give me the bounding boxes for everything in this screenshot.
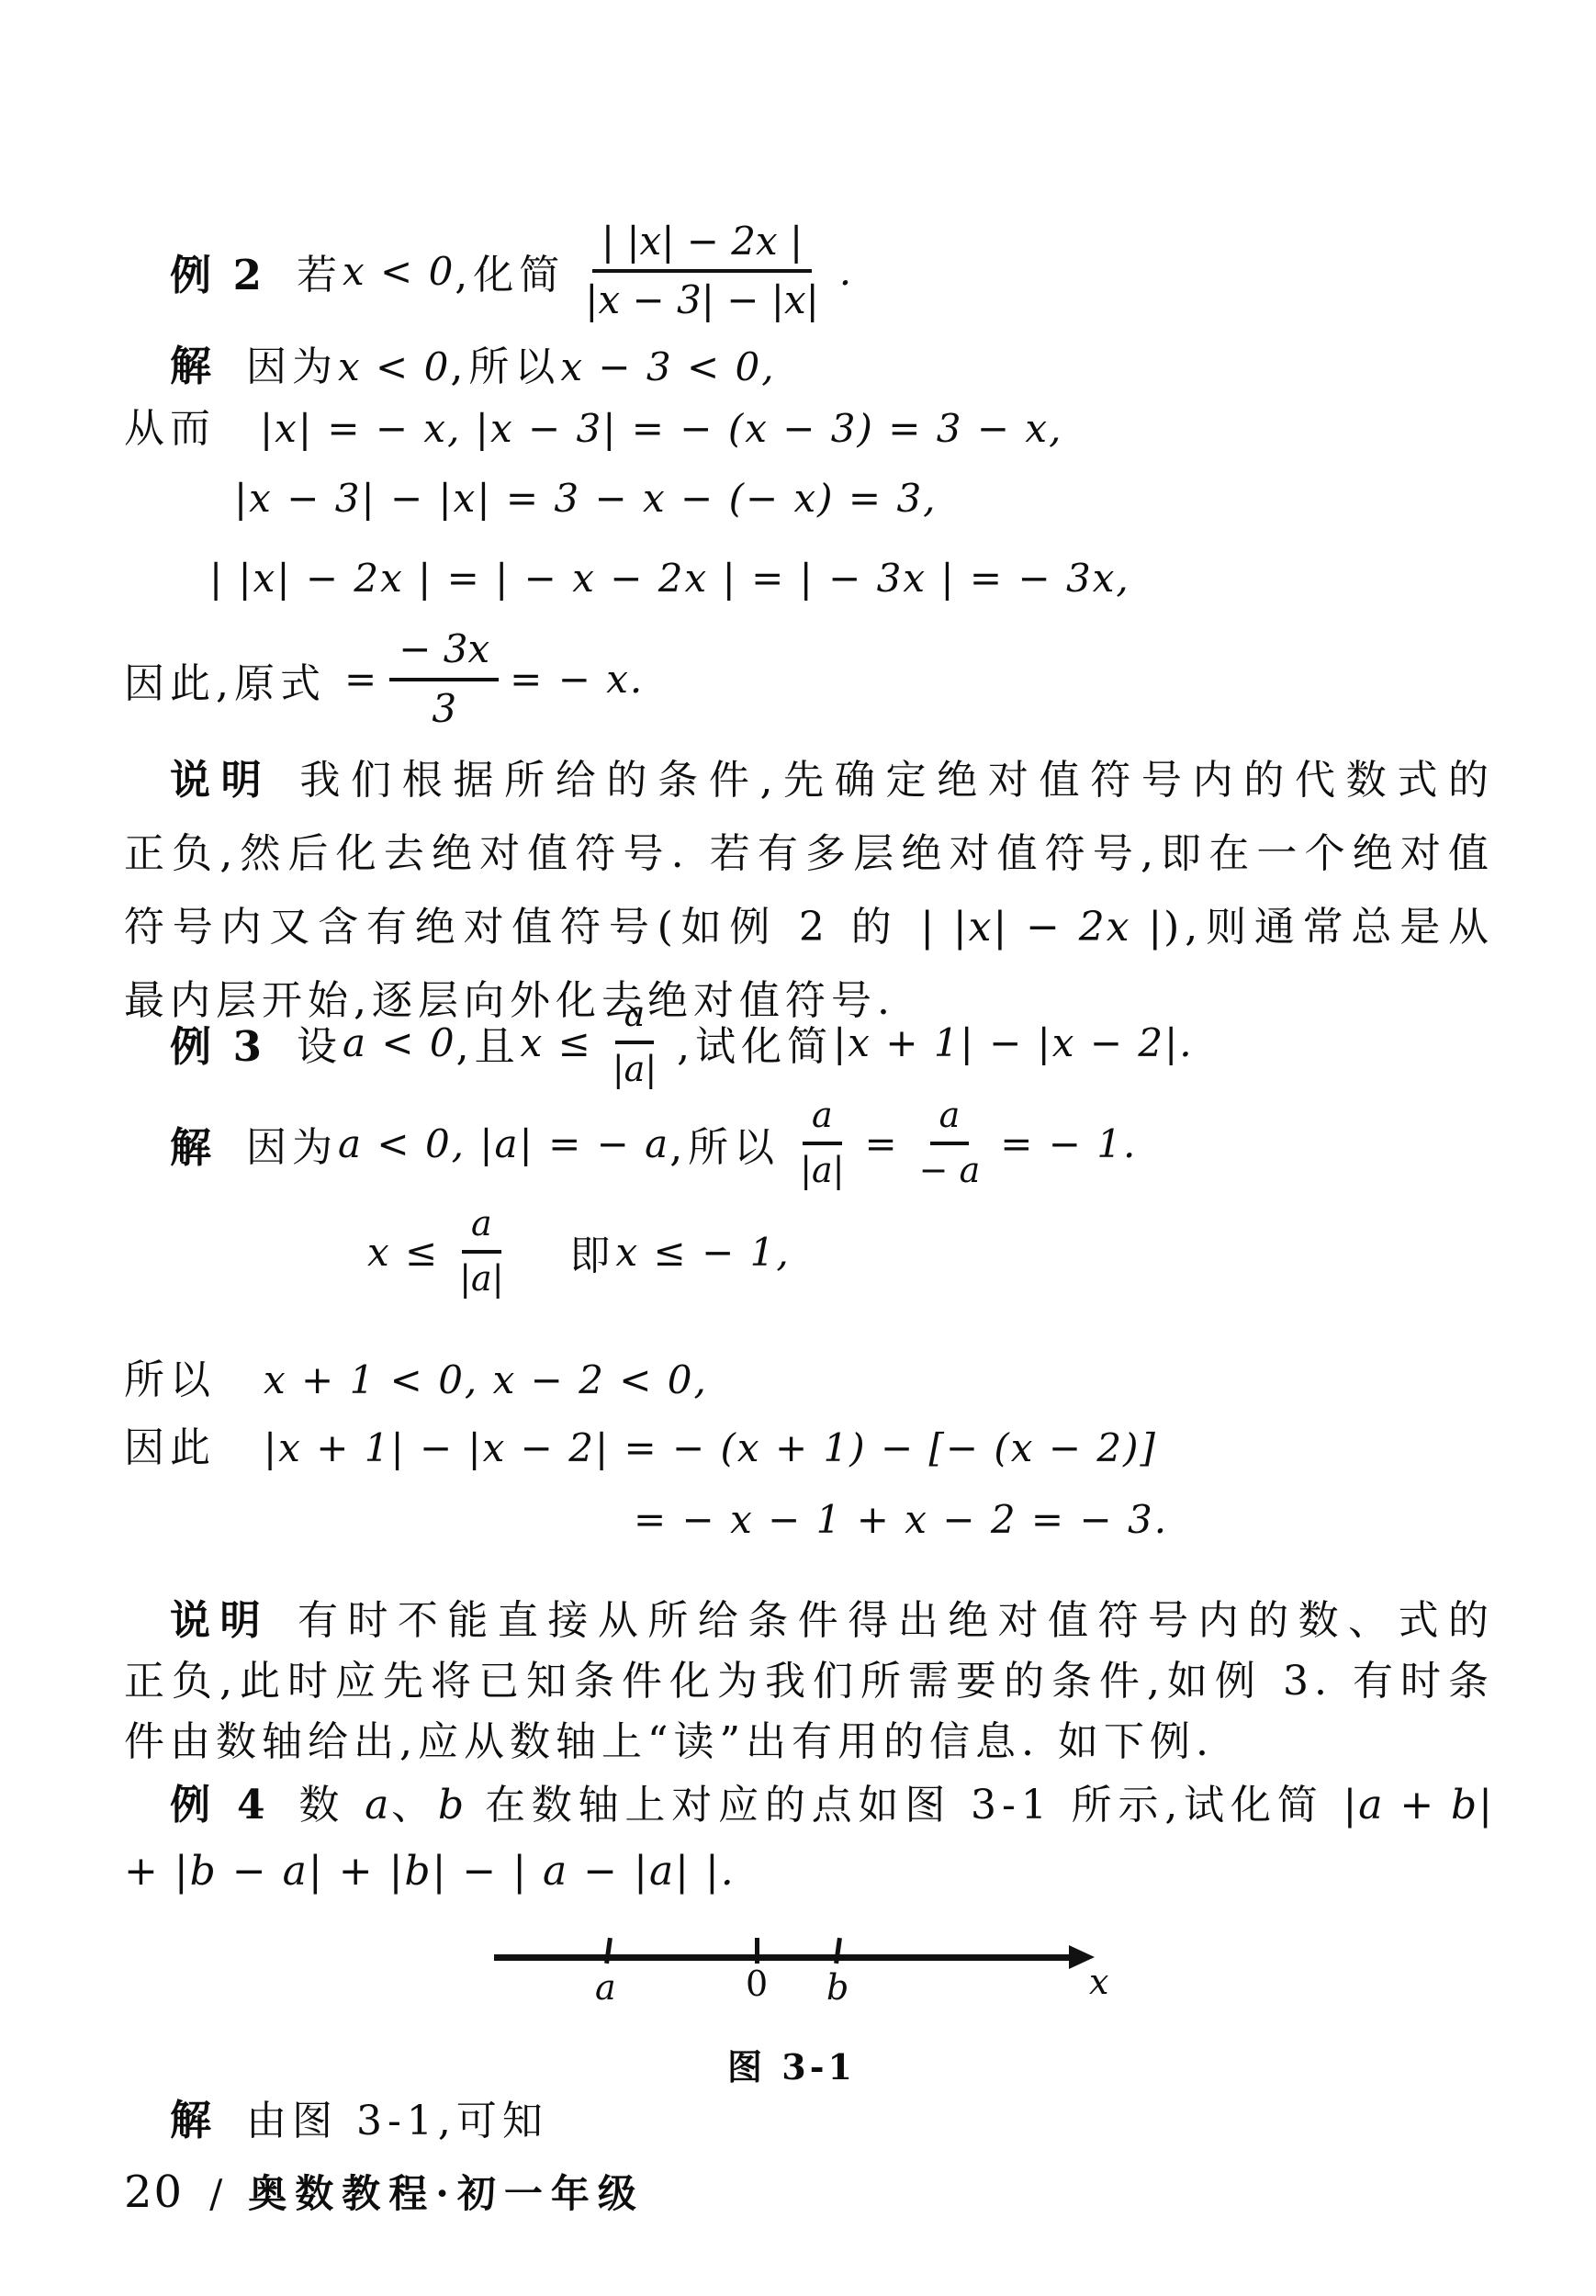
a-over-abs-a-fraction: a |a| <box>450 1204 512 1300</box>
fraction-numerator: − 3x <box>389 627 499 681</box>
note-line: 件由数轴给出,应从数轴上“读”出有用的信息. 如下例. <box>124 1712 1494 1773</box>
inline-math: |a + b| <box>1343 1782 1494 1829</box>
equation-tail: = − x. <box>510 657 644 702</box>
solution-label: 解 <box>170 1114 215 1174</box>
a-over-neg-a-fraction: a − a <box>910 1096 990 1191</box>
note-paragraph-2: 说明有时不能直接从所给条件得出绝对值符号内的数、式的 正负,此时应先将已知条件化… <box>124 1591 1494 1773</box>
example4-solution-line: 解 由图 3-1,可知 <box>170 2087 548 2146</box>
note-line: 正负,然后化去绝对值符号. 若有多层绝对值符号,即在一个绝对值 <box>124 817 1494 891</box>
page-footer: 20 / 奥数教程·初一年级 <box>124 2164 645 2219</box>
fraction-denominator: |a| <box>791 1145 853 1191</box>
step-text: 即 <box>570 1222 616 1281</box>
axis-line <box>494 1954 1073 1961</box>
fraction-numerator: a <box>930 1096 970 1145</box>
connector-text: 所以 <box>124 1346 216 1405</box>
fraction-numerator: | |x| − 2x | <box>592 219 812 273</box>
example2-label: 例 2 <box>170 242 265 301</box>
solution-label: 解 <box>170 332 215 392</box>
solution-math: x < 0 <box>338 344 450 389</box>
note-text: 正负,此时应先将已知条件化为我们所需要的条件,如例 3. 有时条 <box>124 1658 1494 1705</box>
heading-period: . <box>1179 1020 1193 1065</box>
example2-fraction: | |x| − 2x | |x − 3| − |x| <box>576 219 827 322</box>
example3-label: 例 3 <box>170 1013 265 1073</box>
footer-separator: / <box>209 2171 222 2216</box>
note-text: 正负,然后化去绝对值符号. 若有多层绝对值符号,即在一个绝对值 <box>124 830 1494 877</box>
fraction-denominator: |a| <box>450 1254 512 1300</box>
step-math: x ≤ − 1, <box>616 1230 791 1275</box>
fraction-denominator: − a <box>910 1145 990 1191</box>
tick-label-zero: 0 <box>746 1964 768 2004</box>
derivation-line-3: | |x| − 2x | = | − x − 2x | = | − 3x | =… <box>209 556 1130 601</box>
derivation-line-2: |x − 3| − |x| = 3 − x − (− x) = 3, <box>234 476 938 521</box>
result-fraction: − 3x 3 <box>389 627 499 730</box>
example3-thus-line: 因此 |x + 1| − |x − 2| = − (x + 1) − [− (x… <box>124 1414 1157 1473</box>
example2-heading: 例 2 若 x < 0 ,化简 | |x| − 2x | |x − 3| − |… <box>170 207 853 335</box>
equation-tail: = − 1. <box>1000 1121 1137 1166</box>
figure-number-line: a 0 b x <box>494 1929 1118 2016</box>
example3-solution-line: 解 因为 a < 0, |a| = − a ,所以 a |a| = a − a … <box>170 1082 1137 1205</box>
example4-text: 、 <box>390 1782 438 1829</box>
conclusion-text: 因此,原式 <box>124 650 326 709</box>
solution-text: ,所以 <box>669 1114 780 1173</box>
note-line: 正负,此时应先将已知条件化为我们所需要的条件,如例 3. 有时条 <box>124 1651 1494 1712</box>
example2-result-line: 因此,原式 = − 3x 3 = − x. <box>124 617 644 741</box>
step-math: x ≤ <box>367 1230 439 1275</box>
fraction-numerator: a <box>615 995 655 1044</box>
heading-math: |x + 1| − |x − 2| <box>833 1020 1179 1065</box>
example4-paragraph: 例 4数 a、b 在数轴上对应的点如图 3-1 所示,试化简 |a + b| +… <box>124 1773 1494 1905</box>
connector-text: 从而 <box>124 395 216 454</box>
example4-label: 例 4 <box>170 1782 271 1829</box>
equation: |x + 1| − |x − 2| = − (x + 1) − [− (x − … <box>264 1425 1157 1470</box>
note-text: 有时不能直接从所给条件得出绝对值符号内的数、式的 <box>298 1597 1494 1644</box>
fraction-numerator: a <box>803 1096 842 1145</box>
note-label: 说明 <box>170 757 272 804</box>
example4-text: 在数轴上对应的点如图 3-1 所示,试化简 <box>466 1782 1343 1829</box>
example4-text: 数 <box>298 1782 365 1829</box>
equation: |x| = − x, |x − 3| = − (x − 3) = 3 − x, <box>260 406 1062 451</box>
example4-line-2: + |b − a| + |b| − | a − |a| |. <box>124 1839 1494 1905</box>
solution-text: 由图 3-1,可知 <box>246 2088 548 2146</box>
example2-period: . <box>839 249 853 294</box>
example3-so-line: 所以 x + 1 < 0, x − 2 < 0, <box>124 1346 708 1405</box>
note-label: 说明 <box>170 1597 270 1644</box>
equation: x + 1 < 0, x − 2 < 0, <box>264 1357 708 1402</box>
solution-text: ,所以 <box>450 333 560 392</box>
note-text: 我们根据所给的条件,先确定绝对值符号内的代数式的 <box>299 757 1494 804</box>
equation: | |x| − 2x | = | − x − 2x | = | − 3x | =… <box>209 556 1130 601</box>
scanned-book-page: 例 2 若 x < 0 ,化简 | |x| − 2x | |x − 3| − |… <box>0 0 1596 2296</box>
note-text: ),则通常总是从 <box>1163 904 1494 951</box>
example3-continuation-line: = − x − 1 + x − 2 = − 3. <box>634 1497 1168 1542</box>
axis-label-x: x <box>1089 1962 1108 2002</box>
heading-math: x ≤ <box>521 1020 592 1065</box>
solution-text: 因为 <box>246 333 338 392</box>
a-over-abs-a-fraction: a |a| <box>603 995 666 1090</box>
solution-math: a < 0, |a| = − a <box>338 1121 669 1166</box>
solution-text: 因为 <box>246 1114 338 1173</box>
page-number: 20 <box>124 2167 184 2218</box>
example2-text-mid: ,化简 <box>455 242 565 300</box>
inline-math: | |x| − 2x | <box>920 904 1163 951</box>
note-text: 符号内又含有绝对值符号(如例 2 的 <box>124 904 920 951</box>
inline-math: + |b − a| + |b| − | a − |a| |. <box>124 1848 736 1895</box>
solution-math: x − 3 < 0, <box>560 344 775 389</box>
example2-text-pre: 若 <box>297 242 343 300</box>
note-line: 说明我们根据所给的条件,先确定绝对值符号内的代数式的 <box>124 744 1494 817</box>
equals-sign: = <box>864 1121 898 1166</box>
inline-math: b <box>438 1782 466 1829</box>
figure-caption: 图 3-1 <box>494 2039 1089 2089</box>
example2-solution-line: 解 因为 x < 0 ,所以 x − 3 < 0, <box>170 332 776 392</box>
heading-text: 设 <box>297 1013 343 1072</box>
connector-text: 因此 <box>124 1414 216 1473</box>
equals-sign: = <box>344 657 378 702</box>
heading-text: ,试化简 <box>677 1013 833 1072</box>
heading-math: a < 0 <box>343 1020 456 1065</box>
note-line: 说明有时不能直接从所给条件得出绝对值符号内的数、式的 <box>124 1591 1494 1651</box>
a-over-abs-a-fraction: a |a| <box>791 1096 853 1191</box>
tick-mark-zero <box>755 1938 759 1964</box>
inline-math: a <box>365 1782 390 1829</box>
book-title: 奥数教程·初一年级 <box>248 2164 645 2219</box>
equation: = − x − 1 + x − 2 = − 3. <box>634 1497 1168 1542</box>
fraction-numerator: a <box>462 1204 501 1254</box>
fraction-denominator: 3 <box>422 681 466 731</box>
tick-label-b: b <box>826 1967 849 2008</box>
solution-label: 解 <box>170 2087 215 2146</box>
example3-step-line: x ≤ a |a| 即 x ≤ − 1, <box>367 1190 791 1313</box>
equation: |x − 3| − |x| = 3 − x − (− x) = 3, <box>234 476 938 521</box>
heading-text: ,且 <box>456 1013 521 1072</box>
fraction-denominator: |x − 3| − |x| <box>576 273 827 322</box>
derivation-line-1: 从而 |x| = − x, |x − 3| = − (x − 3) = 3 − … <box>124 395 1062 454</box>
example2-condition: x < 0 <box>343 249 455 294</box>
note-text: 件由数轴给出,应从数轴上“读”出有用的信息. 如下例. <box>124 1718 1214 1765</box>
tick-label-a: a <box>595 1967 616 2008</box>
example4-line-1: 例 4数 a、b 在数轴上对应的点如图 3-1 所示,试化简 |a + b| <box>124 1773 1494 1839</box>
note-line: 符号内又含有绝对值符号(如例 2 的 | |x| − 2x |),则通常总是从 <box>124 891 1494 964</box>
